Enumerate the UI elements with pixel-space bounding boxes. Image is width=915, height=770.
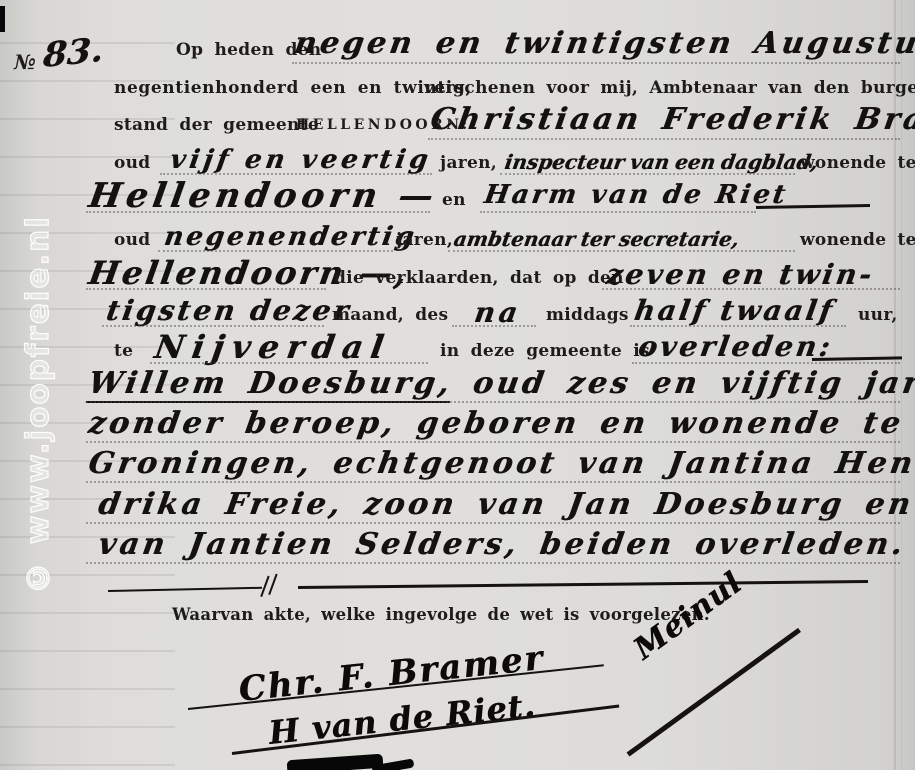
dotted-line [602, 288, 900, 290]
printed-middags: middags [546, 305, 629, 325]
printed-year-rest: verschenen voor mij, Ambtenaar van den b… [424, 78, 915, 98]
dotted-line [86, 441, 900, 443]
record-number-value: 83. [42, 30, 104, 76]
dotted-line [102, 325, 324, 327]
hw-time: half twaalf [632, 294, 837, 327]
hw-declarant2-name: Harm van de Riet [482, 180, 790, 210]
hw-death-place: Nijverdal [152, 328, 394, 366]
dotted-line [86, 288, 326, 290]
ink-rule-left [108, 587, 262, 592]
dotted-line [86, 481, 900, 483]
printed-oud-2: oud [114, 230, 151, 250]
hw-death-day-part1: zeven en twin- [604, 258, 877, 291]
dotted-line [86, 211, 430, 213]
hw-overleden: overleden: [636, 330, 835, 363]
hw-date: negen en twintigsten Augustus. [292, 26, 915, 61]
hw-deceased-age: oud zes en vijftig jaren, [471, 366, 915, 401]
hw-declarant1-age: vijf en veertig [168, 145, 434, 175]
dotted-line [86, 522, 900, 524]
dotted-line [150, 362, 428, 364]
dotted-line [292, 62, 900, 64]
hw-declarant1-occupation: inspecteur van een dagblad, [503, 150, 820, 174]
hw-declarant2-age: negenendertig [162, 222, 419, 252]
dotted-line [158, 250, 393, 252]
printed-maand-des: maand, des [332, 305, 448, 325]
printed-wonende-te-1: wonende te [800, 153, 915, 173]
printed-in-deze-gemeente-is: in deze gemeente is [440, 341, 650, 361]
printed-jaren-2: jaren, [396, 230, 453, 250]
printed-oud-1: oud [114, 153, 151, 173]
dotted-line [500, 173, 795, 175]
printed-waarvan-akte: Waarvan akte, welke ingevolge de wet is … [172, 605, 710, 624]
hw-declarant1-residence: Hellendoorn — [86, 176, 441, 216]
dotted-line [630, 325, 846, 327]
hw-deceased-line2: zonder beroep, geboren en wonende te [86, 406, 906, 441]
scan-edge-mark [0, 6, 5, 32]
ink-rule-right [298, 580, 868, 588]
hw-death-day-part2: tigsten dezer [104, 294, 354, 327]
printed-year-bold: negentienhonderd een en twintig, [114, 78, 472, 98]
dotted-line [632, 362, 900, 364]
printed-te: te [114, 341, 133, 361]
printed-die-verklaarden: die verklaarden, dat op den [334, 268, 624, 288]
cutoff-ink-mark [287, 754, 384, 770]
watermark-text: © www.joopfreie.nl [20, 165, 56, 595]
dotted-line [480, 211, 756, 213]
dotted-line [86, 562, 900, 564]
dotted-line [428, 138, 900, 140]
printed-stand-der-gemeente: stand der gemeente [114, 115, 319, 135]
dotted-line [86, 401, 900, 403]
printed-jaren-1: jaren, [440, 153, 497, 173]
record-number-symbol: № [14, 50, 36, 74]
hw-deceased-line1: Willem Doesburg, oud zes en vijftig jare… [86, 366, 915, 401]
printed-en: en [442, 190, 466, 210]
death-record-scan: © www.joopfreie.nl № 83. Op heden den ne… [0, 0, 915, 770]
ink-pen-skip-mark [268, 574, 277, 595]
hw-declarant2-occupation: ambtenaar ter secretarie, [452, 227, 741, 251]
hw-deceased-line4: drika Freie, zoon van Jan Doesburg en [96, 487, 915, 522]
hw-declarant1-name: Christiaan Frederik Bramer [428, 102, 915, 137]
ink-dash-line [812, 356, 902, 360]
dotted-line [448, 250, 795, 252]
hw-deceased-line5: van Jantien Selders, beiden overleden. [96, 527, 908, 562]
dotted-line [452, 325, 536, 327]
printed-uur: uur, [858, 305, 898, 325]
hw-deceased-name: Willem Doesburg, [86, 366, 456, 403]
printed-wonende-te-2: wonende te [800, 230, 915, 250]
hw-deceased-line3: Groningen, echtgenoot van Jantina Hen- [86, 446, 915, 481]
dotted-line [160, 173, 432, 175]
